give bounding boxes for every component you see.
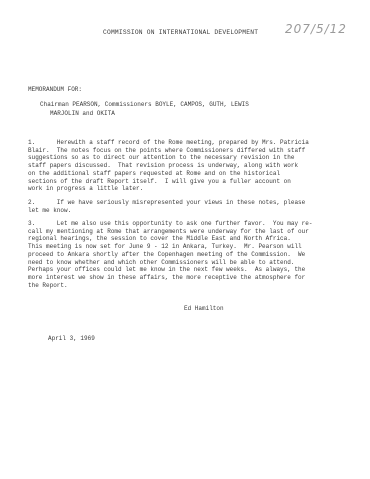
memo-page: COMMISSION ON INTERNATIONAL DEVELOPMENT … <box>0 0 370 479</box>
paragraph-1: 1. Herewith a staff record of the Rome m… <box>28 139 328 193</box>
document-header: COMMISSION ON INTERNATIONAL DEVELOPMENT <box>103 29 258 36</box>
handwritten-annotation: 207/5/12 <box>285 22 347 36</box>
recipients-line: MARJOLIN and OKITA <box>40 109 249 118</box>
signature: Ed Hamilton <box>184 305 224 312</box>
paragraph-2: 2. If we have seriously misrepresented y… <box>28 199 328 214</box>
memo-label: MEMORANDUM FOR: <box>28 86 82 93</box>
paragraph-3: 3. Let me also use this opportunity to a… <box>28 220 328 289</box>
recipients-block: Chairman PEARSON, Commissioners BOYLE, C… <box>40 100 249 118</box>
recipients-line: Chairman PEARSON, Commissioners BOYLE, C… <box>40 100 249 109</box>
memo-date: April 3, 1969 <box>48 335 95 342</box>
